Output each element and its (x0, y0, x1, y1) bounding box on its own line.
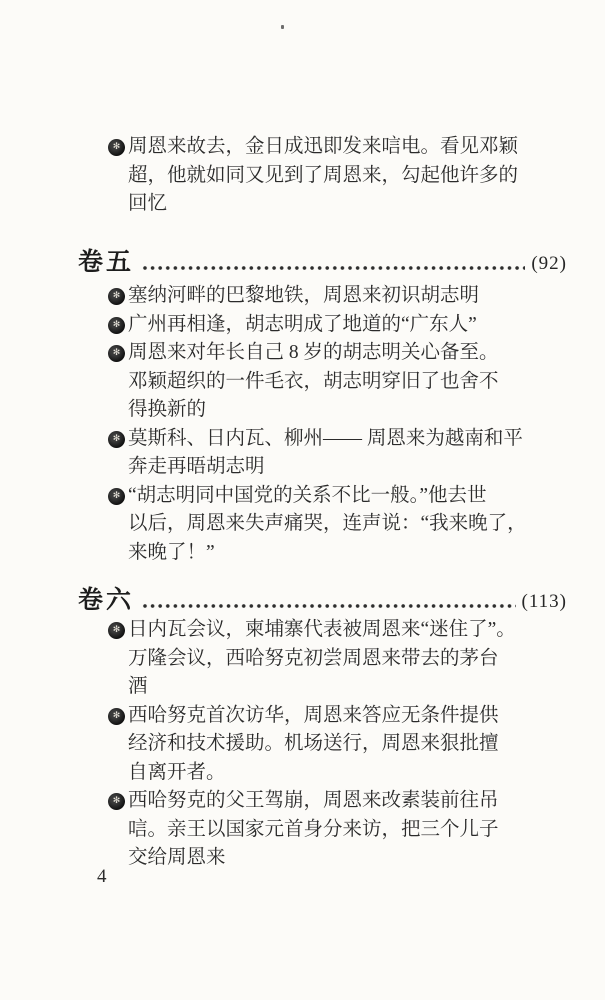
bullet-star-glyph: ✻ (113, 626, 121, 635)
toc-entry: ✻ 莫斯科、日内瓦、柳州—— 周恩来为越南和平 奔走再晤胡志明 (108, 425, 548, 482)
entry-bullet-icon: ✻ (108, 345, 125, 362)
toc-entry: ✻ 塞纳河畔的巴黎地铁，周恩来初识胡志明 (108, 282, 548, 311)
bullet-star-glyph: ✻ (113, 349, 121, 358)
bullet-star-glyph: ✻ (113, 292, 121, 301)
section-page-number: (92) (531, 252, 567, 278)
toc-entry-text: 日内瓦会议，柬埔寨代表被周恩来“迷住了”。 万隆会议，西哈努克初尝周恩来带去的茅… (128, 616, 516, 702)
entry-bullet-icon: ✻ (108, 431, 125, 448)
bullet-star-glyph: ✻ (113, 492, 121, 501)
entry-bullet-icon: ✻ (108, 488, 125, 505)
toc-entry-text: 广州再相逢，胡志明成了地道的“广东人” (128, 311, 477, 340)
bullet-star-glyph: ✻ (113, 712, 121, 721)
toc-entry: ✻ 广州再相逢，胡志明成了地道的“广东人” (108, 311, 548, 340)
toc-entry-text: 莫斯科、日内瓦、柳州—— 周恩来为越南和平 奔走再晤胡志明 (128, 425, 523, 482)
toc-entry-text: 周恩来故去，金日成迅即发来唁电。看见邓颖 超，他就如同又见到了周恩来，勾起他许多… (128, 133, 518, 219)
carryover-entry-block: ✻ 周恩来故去，金日成迅即发来唁电。看见邓颖 超，他就如同又见到了周恩来，勾起他… (108, 133, 548, 219)
toc-entry: ✻ 周恩来故去，金日成迅即发来唁电。看见邓颖 超，他就如同又见到了周恩来，勾起他… (108, 133, 548, 219)
toc-entry-text: 周恩来对年长自己 8 岁的胡志明关心备至。 邓颖超织的一件毛衣，胡志明穿旧了也舍… (128, 339, 499, 425)
bullet-star-glyph: ✻ (113, 797, 121, 806)
section-title: 卷六 (78, 586, 134, 616)
toc-entry: ✻ 周恩来对年长自己 8 岁的胡志明关心备至。 邓颖超织的一件毛衣，胡志明穿旧了… (108, 339, 548, 425)
scan-speck (281, 25, 284, 29)
entry-bullet-icon: ✻ (108, 288, 125, 305)
dotted-leader (142, 265, 525, 271)
section-page-number: (113) (522, 590, 567, 616)
entry-bullet-icon: ✻ (108, 708, 125, 725)
toc-entry: ✻ “胡志明同中国党的关系不比一般。”他去世 以后，周恩来失声痛哭，连声说：“我… (108, 482, 548, 568)
section-heading-vol6: 卷六 (113) (78, 586, 567, 616)
toc-entry-text: 塞纳河畔的巴黎地铁，周恩来初识胡志明 (128, 282, 479, 311)
toc-entry: ✻ 日内瓦会议，柬埔寨代表被周恩来“迷住了”。 万隆会议，西哈努克初尝周恩来带去… (108, 616, 548, 702)
toc-entry: ✻ 西哈努克的父王驾崩，周恩来改素装前往吊 唁。亲王以国家元首身分来访，把三个儿… (108, 787, 548, 873)
bullet-star-glyph: ✻ (113, 143, 121, 152)
entry-bullet-icon: ✻ (108, 139, 125, 156)
entry-bullet-icon: ✻ (108, 317, 125, 334)
toc-entry-text: 西哈努克首次访华，周恩来答应无条件提供 经济和技术援助。机场送行，周恩来狠批擅 … (128, 702, 499, 788)
book-page: ✻ 周恩来故去，金日成迅即发来唁电。看见邓颖 超，他就如同又见到了周恩来，勾起他… (0, 0, 605, 1000)
section-entries-vol6: ✻ 日内瓦会议，柬埔寨代表被周恩来“迷住了”。 万隆会议，西哈努克初尝周恩来带去… (108, 616, 548, 873)
toc-entry-text: “胡志明同中国党的关系不比一般。”他去世 以后，周恩来失声痛哭，连声说：“我来晚… (128, 482, 527, 568)
section-heading-vol5: 卷五 (92) (78, 248, 567, 278)
toc-entry: ✻ 西哈努克首次访华，周恩来答应无条件提供 经济和技术援助。机场送行，周恩来狠批… (108, 702, 548, 788)
folio-page-number: 4 (97, 866, 107, 888)
entry-bullet-icon: ✻ (108, 622, 125, 639)
dotted-leader (142, 603, 516, 609)
toc-entry-text: 西哈努克的父王驾崩，周恩来改素装前往吊 唁。亲王以国家元首身分来访，把三个儿子 … (128, 787, 499, 873)
section-title: 卷五 (78, 248, 134, 278)
entry-bullet-icon: ✻ (108, 793, 125, 810)
section-entries-vol5: ✻ 塞纳河畔的巴黎地铁，周恩来初识胡志明 ✻ 广州再相逢，胡志明成了地道的“广东… (108, 282, 548, 567)
bullet-star-glyph: ✻ (113, 435, 121, 444)
bullet-star-glyph: ✻ (113, 321, 121, 330)
